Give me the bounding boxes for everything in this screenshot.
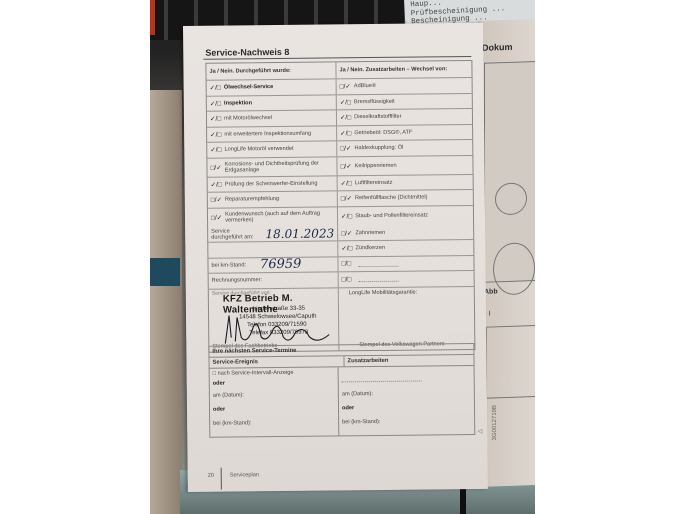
item-label: Zahnriemen [355, 230, 385, 236]
dark-edge [460, 486, 466, 514]
binder-edge [150, 90, 182, 514]
item-label: Luftfiltereinsatz [355, 180, 393, 186]
right-service-cell: □/✓Reifenfüllflasche (Dichtmittel) [338, 190, 473, 206]
checkbox-pair[interactable]: □/✓ [210, 163, 221, 171]
figure-caption: Abb [484, 288, 498, 295]
item-label: Staub- und Pollenfiltereinsatz [355, 212, 428, 219]
service-date-cell: Service durchgeführt am: 18.01.2023 [208, 226, 338, 242]
service-date-value: 18.01.2023 [265, 226, 334, 241]
right-service-cell: □/✓Haldexkupplung: Öl [337, 140, 472, 156]
checkbox-pair[interactable]: □/✓ [340, 162, 351, 170]
checkbox-pair: □/□ [342, 276, 352, 283]
extra-cell: ✓/□ Zündkerzen [338, 240, 473, 256]
left-service-cell: ✓/□mit Motorölwechsel [207, 110, 337, 126]
item-label: Dieselkraftstofffilter [354, 114, 401, 120]
service-table: Ja / Nein. Durchgeführt wurde: Ja / Nein… [205, 60, 475, 352]
or-label: oder [213, 407, 225, 413]
item-label: Inspektion [224, 100, 252, 106]
empty-cell [208, 241, 338, 257]
date-label: am (Datum): [342, 391, 373, 397]
document-photo: Haup... Prüfbescheinigung ... Bescheinig… [150, 0, 535, 514]
right-header: Ja / Nein. Zusatzarbeiten – Wechsel von: [336, 61, 471, 78]
checkbox-pair: ✓/□ [341, 244, 352, 252]
item-label: Haldexkupplung: Öl [354, 145, 403, 152]
left-service-cell: ✓/□Ölwechsel-Service [207, 79, 337, 95]
left-service-cell: ✓/□Prüfung der Scheinwerfer-Einstellung [208, 176, 338, 192]
next-service-body: □ nach Service-Intervall-Anzeige oder am… [210, 366, 475, 437]
km-label: bei (km-Stand): [213, 420, 251, 426]
extra-cell: □/✓ Zahnriemen [338, 224, 473, 240]
right-service-cell: ✓/□Getriebeöl: DSG®, ATF [337, 124, 472, 140]
checkbox-pair[interactable]: □/✓ [340, 144, 351, 152]
checkbox-pair[interactable]: ✓/□ [210, 130, 221, 138]
footer-divider [221, 468, 222, 490]
invoice-cell: Rechnungsnummer: [209, 272, 339, 288]
extra-work-column: am (Datum): oder bei (km-Stand): ◁ [339, 366, 475, 435]
checkbox-pair[interactable]: ✓/□ [340, 98, 351, 106]
left-header: Ja / Nein. Durchgeführt wurde: [206, 62, 336, 79]
checkbox-pair[interactable]: □/✓ [341, 194, 352, 202]
figure-shape [495, 182, 527, 215]
item-label: mit erweitertem Inspektionsumfang [224, 130, 311, 137]
km-value: 76959 [260, 257, 302, 272]
checkbox-pair[interactable]: □/✓ [211, 196, 222, 204]
interval-option: □ nach Service-Intervall-Anzeige [213, 370, 294, 377]
km-label: bei km-Stand: [211, 262, 246, 268]
workshop-stamp: Service durchgeführt von: KFZ Betrieb M.… [209, 288, 340, 351]
item-label: AdBlue® [354, 83, 376, 89]
invoice-label: Rechnungsnummer: [212, 277, 262, 284]
item-label: Prüfung der Scheinwerfer-Einstellung [225, 180, 318, 187]
checkbox-pair[interactable]: ✓/□ [340, 113, 351, 121]
extra-cell: □/□ [338, 255, 473, 271]
checkbox-pair[interactable]: ✓/□ [210, 115, 221, 123]
checkbox-pair[interactable]: ✓/□ [210, 146, 221, 154]
or-label: oder [342, 405, 354, 411]
document-code: 3G0012719B [492, 405, 498, 441]
item-label: Getriebeöl: DSG®, ATF [354, 129, 412, 136]
checkbox-pair[interactable]: ✓/□ [210, 84, 221, 92]
item-label: Zündkerzen [355, 245, 385, 251]
item-label: Keilrippenriemen [355, 162, 397, 168]
item-label: Korrosions- und Dichtheitsprüfung der Er… [225, 160, 334, 173]
service-date-label: Service durchgeführt am: [211, 228, 259, 241]
right-page-figure [484, 61, 535, 283]
stamp-row: Service durchgeführt von: KFZ Betrieb M.… [209, 286, 475, 351]
left-service-cell: □/✓Kundenwunsch (auch auf dem Auftrag ve… [208, 207, 338, 227]
item-label: mit Motorölwechsel [224, 115, 272, 122]
item-label: Reifenfüllflasche (Dichtmittel) [355, 195, 427, 202]
checkbox-pair: □/□ [341, 261, 351, 268]
km-cell: bei km-Stand: 76959 [208, 257, 338, 273]
edge-mark: ◁ [478, 428, 483, 435]
event-column: □ nach Service-Intervall-Anzeige oder am… [210, 367, 340, 436]
event-header: Service-Ereignis [209, 356, 344, 367]
vw-guarantee-label: LongLife Mobilitätsgarantie: [349, 289, 417, 296]
left-service-cell: ✓/□Inspektion [207, 95, 337, 111]
item-label: Reparaturempfehlung [225, 196, 279, 203]
checkbox-pair: □/✓ [341, 229, 352, 237]
left-service-cell: □/✓Reparaturempfehlung [208, 191, 338, 207]
or-label: oder [213, 381, 225, 387]
checkbox-pair[interactable]: ✓/□ [211, 180, 222, 188]
page-number: 20 [208, 473, 214, 479]
left-service-cell: ✓/□mit erweitertem Inspektionsumfang [207, 126, 337, 142]
right-page-table [486, 325, 535, 399]
figure-shape [493, 242, 535, 295]
right-page-title: Dokum [482, 42, 513, 53]
blank-line [358, 261, 398, 267]
footer-section: Serviceplan [230, 472, 259, 478]
item-label: Ölwechsel-Service [224, 84, 274, 91]
checkbox-pair[interactable]: □/✓ [340, 82, 351, 90]
checkbox-pair[interactable]: ✓/□ [340, 129, 351, 137]
right-service-cell: ✓/□Staub- und Pollenfiltereinsatz [338, 205, 473, 225]
checkbox-pair[interactable]: □/✓ [211, 214, 222, 222]
right-service-cell: □/✓AdBlue® [337, 78, 472, 94]
page-title: Service-Nachweis 8 [205, 47, 289, 58]
signature [217, 306, 337, 347]
red-strip [150, 0, 155, 35]
blank-line [358, 276, 398, 282]
blank-line [342, 377, 422, 383]
checkbox-pair[interactable]: ✓/□ [210, 99, 221, 107]
right-service-cell: ✓/□Bremsflüssigkeit [337, 93, 472, 109]
date-label: am (Datum): [213, 392, 244, 398]
checkbox-pair[interactable]: ✓/□ [341, 212, 352, 220]
left-service-cell: ✓/□LongLife Motoröl verwendet [207, 141, 337, 157]
extra-cell: □/□ [339, 271, 474, 287]
service-page: Service-Nachweis 8 Ja / Nein. Durchgefüh… [183, 23, 488, 492]
next-service-table: Ihre nächsten Service-Termine Service-Er… [208, 343, 475, 438]
right-service-cell: ✓/□Luftfiltereinsatz [338, 174, 473, 190]
item-label: Bremsflüssigkeit [354, 99, 395, 105]
item-label: Kundenwunsch (auch auf dem Auftrag verme… [225, 210, 334, 223]
left-service-cell: □/✓Korrosions- und Dichtheitsprüfung der… [207, 157, 337, 176]
right-service-cell: □/✓Keilrippenriemen [337, 155, 472, 174]
item-label: LongLife Motoröl verwendet [224, 146, 293, 153]
blue-tab [150, 258, 180, 286]
km-label: bei (km-Stand): [342, 419, 380, 425]
right-service-cell: ✓/□Dieselkraftstofffilter [337, 109, 472, 125]
checkbox-pair[interactable]: ✓/□ [341, 179, 352, 187]
vw-stamp: LongLife Mobilitätsgarantie: Stempel des… [339, 286, 475, 349]
extra-work-header: Zusatzarbeiten [344, 355, 473, 366]
